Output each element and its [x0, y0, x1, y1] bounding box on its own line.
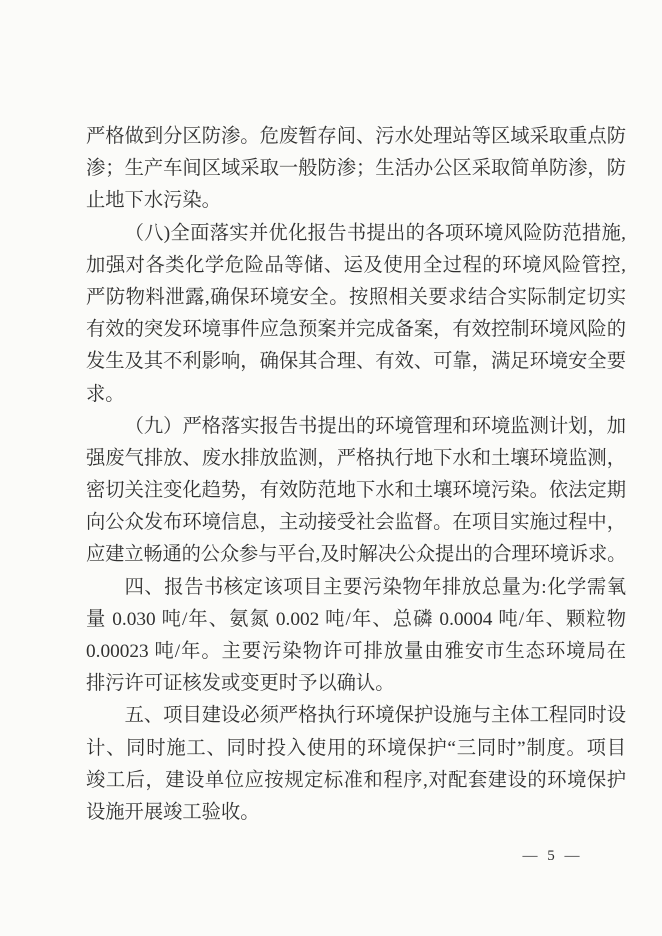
- text-line-4: （八)全面落实并优化报告书提出的各项环境风险防范措施,: [86, 218, 626, 250]
- text-line-22: 设施开展竣工验收。: [86, 797, 626, 829]
- text-line-14: 应建立畅通的公众参与平台,及时解决公众提出的合理环境诉求。: [86, 539, 626, 571]
- text-line-10: （九）严格落实报告书提出的环境管理和环境监测计划，加: [86, 411, 626, 443]
- text-line-7: 有效的突发环境事件应急预案并完成备案，有效控制环境风险的: [86, 314, 626, 346]
- text-line-6: 严防物料泄露,确保环境安全。按照相关要求结合实际制定切实: [86, 282, 626, 314]
- page-number: — 5 —: [451, 847, 651, 866]
- text-line-20: 计、同时施工、同时投入使用的环境保护“三同时”制度。项目: [86, 733, 626, 765]
- text-line-1: 严格做到分区防渗。危废暂存间、污水处理站等区域采取重点防: [86, 121, 626, 153]
- text-line-11: 强废气排放、废水排放监测，严格执行地下水和土壤环境监测，: [86, 443, 626, 475]
- text-line-16: 量 0.030 吨/年、氨氮 0.002 吨/年、总磷 0.0004 吨/年、颗…: [86, 604, 626, 636]
- text-line-5: 加强对各类化学危险品等储、运及使用全过程的环境风险管控,: [86, 250, 626, 282]
- document-page: 严格做到分区防渗。危废暂存间、污水处理站等区域采取重点防 渗；生产车间区域采取一…: [0, 0, 662, 936]
- text-line-19: 五、项目建设必须严格执行环境保护设施与主体工程同时设: [86, 700, 626, 732]
- text-line-18: 排污许可证核发或变更时予以确认。: [86, 668, 626, 700]
- text-line-12: 密切关注变化趋势，有效防范地下水和土壤环境污染。依法定期: [86, 475, 626, 507]
- text-line-2: 渗；生产车间区域采取一般防渗；生活办公区采取简单防渗，防: [86, 153, 626, 185]
- text-line-21: 竣工后，建设单位应按规定标准和程序,对配套建设的环境保护: [86, 765, 626, 797]
- text-line-15: 四、报告书核定该项目主要污染物年排放总量为:化学需氧: [86, 572, 626, 604]
- text-line-13: 向公众发布环境信息，主动接受社会监督。在项目实施过程中，: [86, 507, 626, 539]
- text-line-8: 发生及其不利影响，确保其合理、有效、可靠，满足环境安全要: [86, 346, 626, 378]
- text-line-9: 求。: [86, 379, 626, 411]
- document-body: 严格做到分区防渗。危废暂存间、污水处理站等区域采取重点防 渗；生产车间区域采取一…: [86, 121, 626, 829]
- text-line-3: 止地下水污染。: [86, 185, 626, 217]
- text-line-17: 0.00023 吨/年。主要污染物许可排放量由雅安市生态环境局在: [86, 636, 626, 668]
